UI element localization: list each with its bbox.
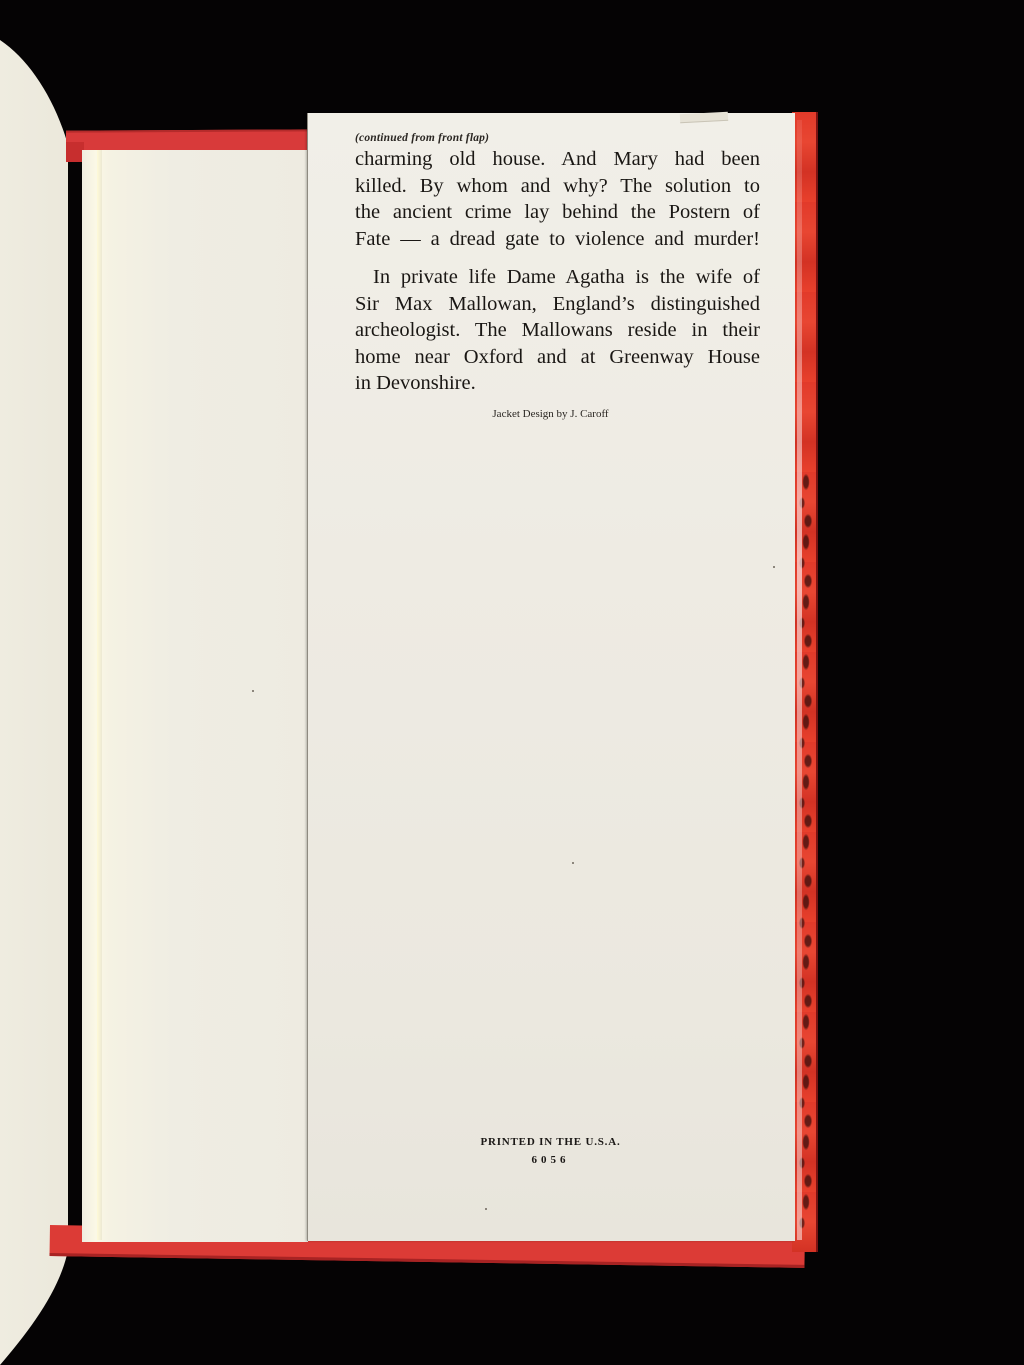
printed-in-label: PRINTED IN THE U.S.A. xyxy=(480,1136,620,1148)
text-line: In private life Dame Agatha is the wife … xyxy=(355,264,760,291)
paper-speck xyxy=(485,1208,487,1210)
text-line: the ancient crime lay behind the Postern… xyxy=(355,199,760,226)
flap-text-block: (continued from front flap) charming old… xyxy=(355,132,760,397)
text-line: Sir Max Mallowan, England’s distinguishe… xyxy=(355,291,760,318)
text-line: killed. By whom and why? The solution to xyxy=(355,173,760,200)
paper-speck xyxy=(572,862,574,864)
blurb-paragraph-1: charming old house. And Mary had been ki… xyxy=(355,146,760,252)
author-bio-paragraph: In private life Dame Agatha is the wife … xyxy=(355,264,760,397)
paper-speck xyxy=(252,690,254,692)
text-line: charming old house. And Mary had been xyxy=(355,146,760,173)
hinge-line xyxy=(97,150,102,1240)
jacket-spine-shine xyxy=(797,120,802,1240)
jacket-design-credit: Jacket Design by J. Caroff xyxy=(307,408,794,420)
text-line: archeologist. The Mallowans reside in th… xyxy=(355,317,760,344)
text-line: in Devonshire. xyxy=(355,370,760,397)
continued-note: (continued from front flap) xyxy=(355,132,760,144)
text-line: Fate — a dread gate to violence and murd… xyxy=(355,226,760,253)
catalog-code: 6056 xyxy=(307,1151,794,1169)
printed-in-usa-block: PRINTED IN THE U.S.A. 6056 xyxy=(307,1133,794,1169)
endpaper xyxy=(82,150,308,1242)
paper-speck xyxy=(773,566,775,568)
text-line: home near Oxford and at Greenway House xyxy=(355,344,760,371)
